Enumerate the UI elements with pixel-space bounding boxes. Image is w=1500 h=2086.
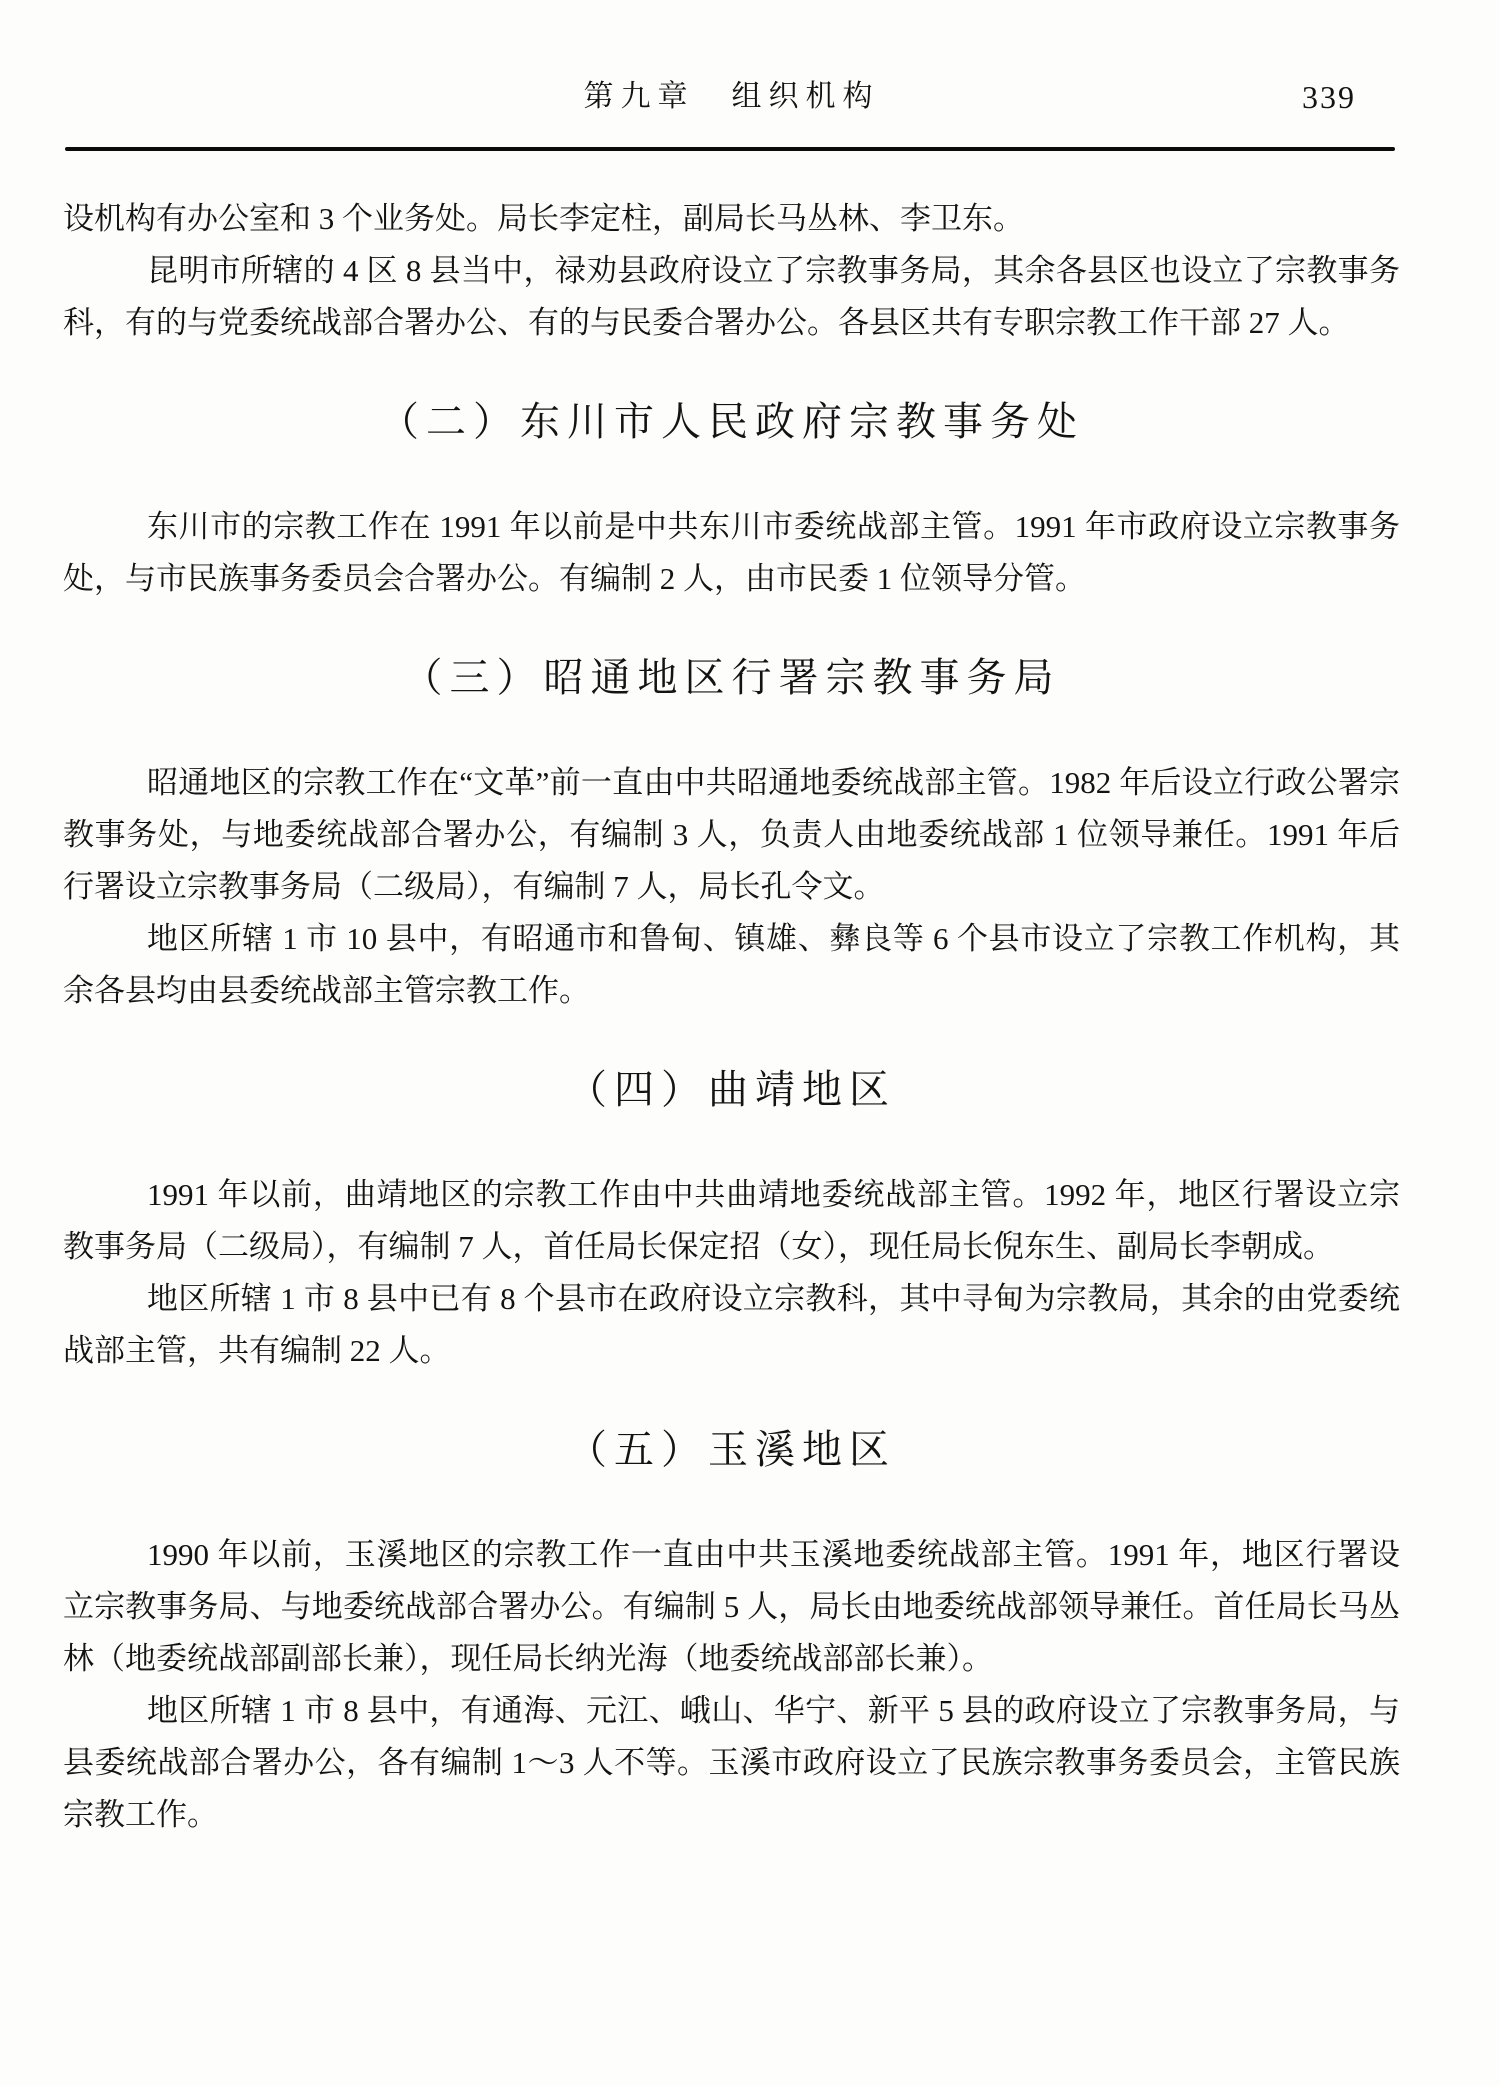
section-heading-zhaotong: （三）昭通地区行署宗教事务局 bbox=[63, 647, 1400, 709]
running-head: 第九章 组织机构 339 bbox=[63, 78, 1400, 116]
paragraph-dongchuan: 东川市的宗教工作在 1991 年以前是中共东川市委统战部主管。1991 年市政府… bbox=[63, 501, 1400, 605]
page-number: 339 bbox=[1302, 78, 1356, 116]
section-heading-yuxi: （五）玉溪地区 bbox=[63, 1419, 1400, 1481]
paragraph-yuxi-bureau: 1990 年以前，玉溪地区的宗教工作一直由中共玉溪地委统战部主管。1991 年，… bbox=[63, 1529, 1400, 1685]
paragraph-zhaotong-counties: 地区所辖 1 市 10 县中，有昭通市和鲁甸、镇雄、彝良等 6 个县市设立了宗教… bbox=[63, 913, 1400, 1017]
paragraph-qujing-counties: 地区所辖 1 市 8 县中已有 8 个县市在政府设立宗教科，其中寻甸为宗教局，其… bbox=[63, 1273, 1400, 1377]
section-heading-dongchuan: （二）东川市人民政府宗教事务处 bbox=[63, 391, 1400, 453]
paragraph-kunming-counties: 昆明市所辖的 4 区 8 县当中，禄劝县政府设立了宗教事务局，其余各县区也设立了… bbox=[63, 245, 1400, 349]
header-rule bbox=[65, 147, 1395, 151]
section-heading-qujing: （四）曲靖地区 bbox=[63, 1059, 1400, 1121]
paragraph-kunming-continuation: 设机构有办公室和 3 个业务处。局长李定柱，副局长马丛林、李卫东。 bbox=[63, 193, 1400, 245]
scanned-book-page: 第九章 组织机构 339 设机构有办公室和 3 个业务处。局长李定柱，副局长马丛… bbox=[0, 0, 1500, 2086]
page-body: 设机构有办公室和 3 个业务处。局长李定柱，副局长马丛林、李卫东。 昆明市所辖的… bbox=[63, 193, 1400, 1841]
paragraph-zhaotong-bureau: 昭通地区的宗教工作在“文革”前一直由中共昭通地委统战部主管。1982 年后设立行… bbox=[63, 757, 1400, 913]
paragraph-yuxi-counties: 地区所辖 1 市 8 县中，有通海、元江、峨山、华宁、新平 5 县的政府设立了宗… bbox=[63, 1685, 1400, 1841]
chapter-title: 第九章 组织机构 bbox=[63, 78, 1400, 116]
paragraph-qujing-bureau: 1991 年以前，曲靖地区的宗教工作由中共曲靖地委统战部主管。1992 年，地区… bbox=[63, 1169, 1400, 1273]
